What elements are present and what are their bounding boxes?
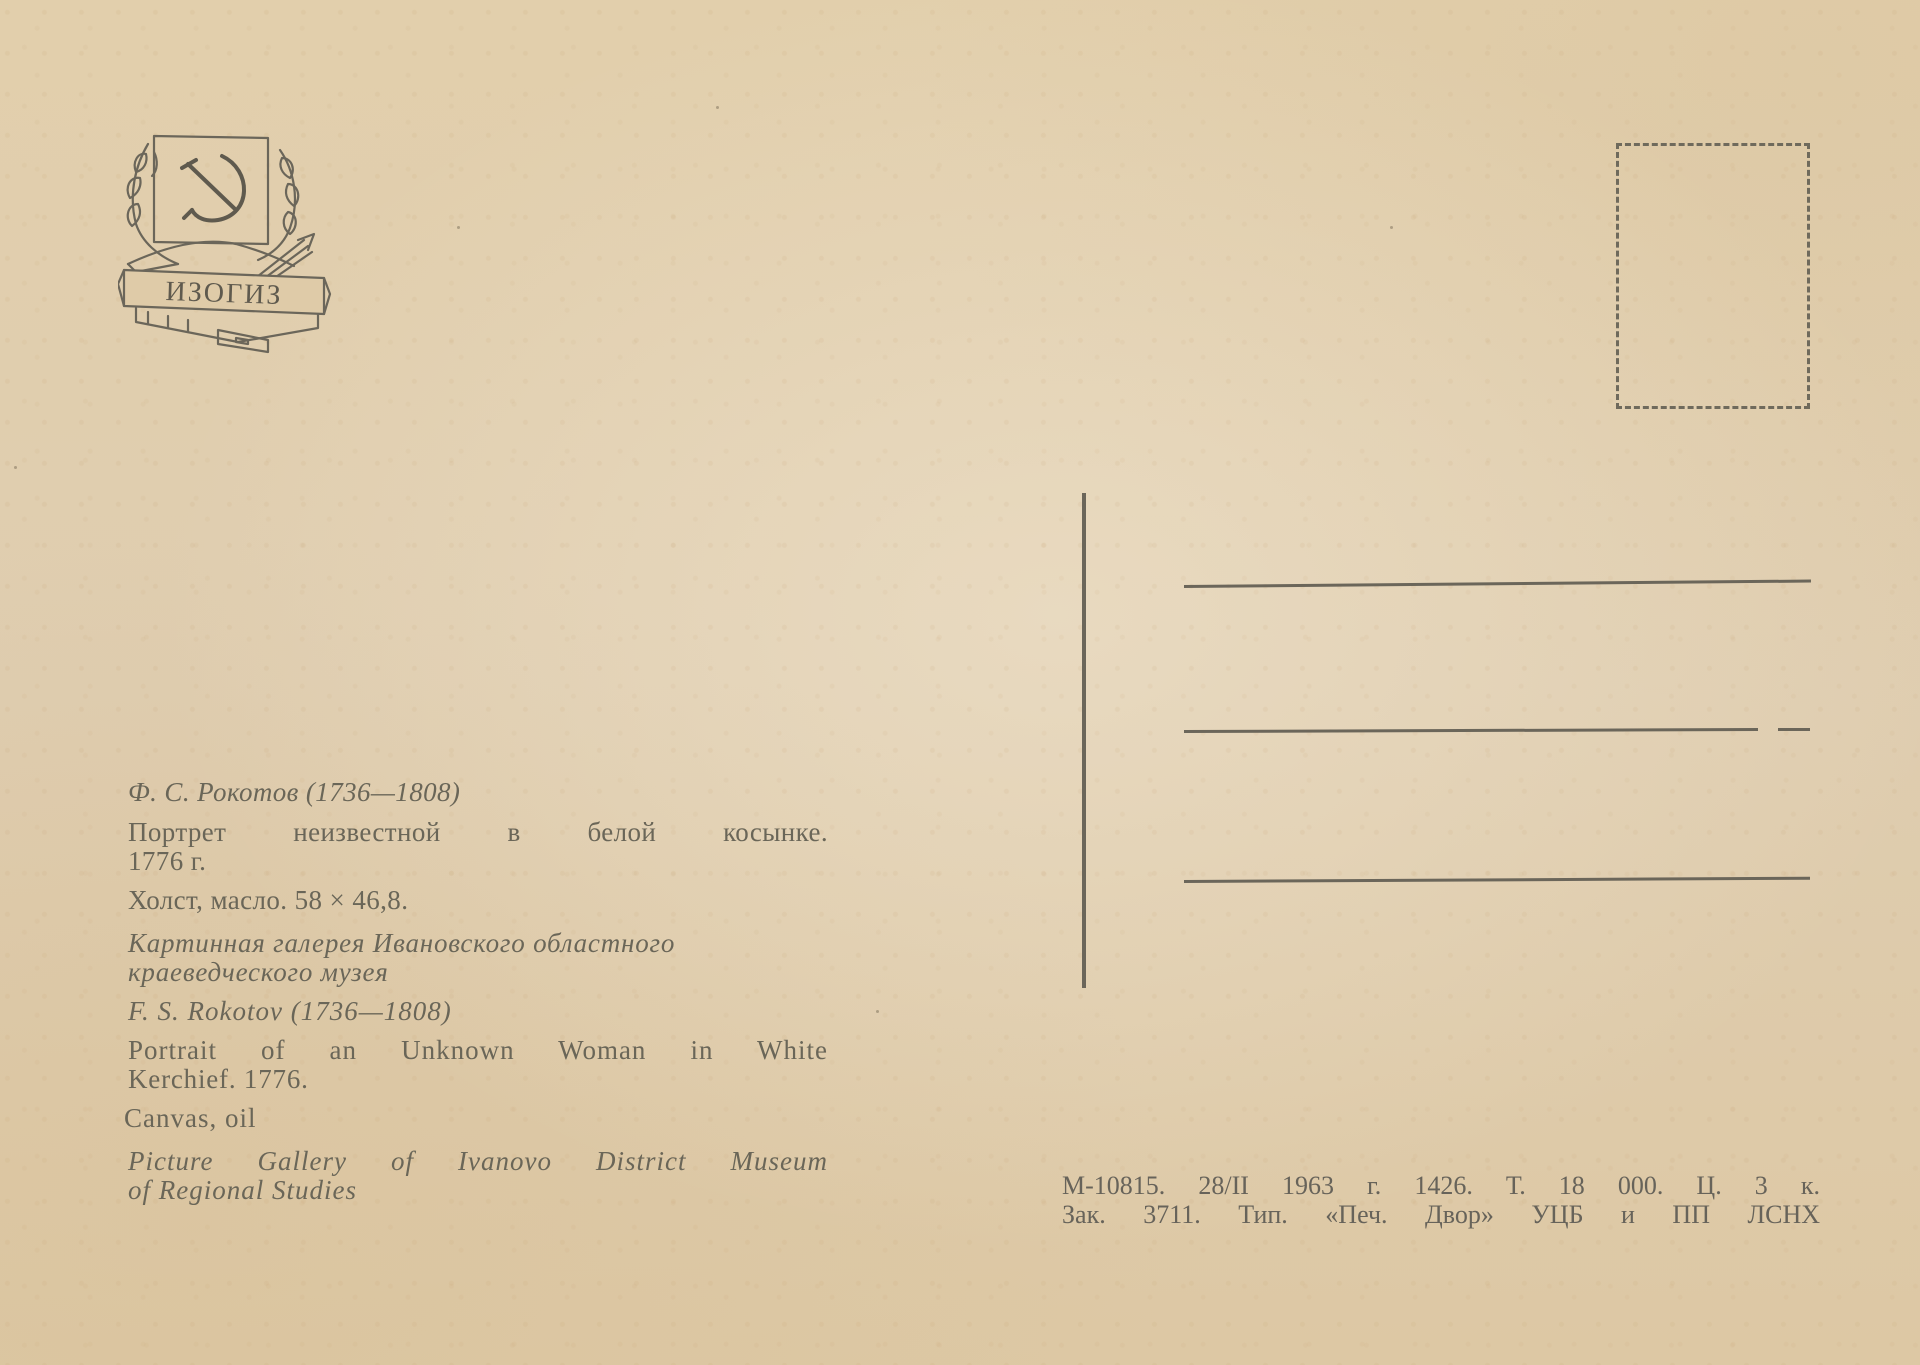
paper-speck <box>876 1010 879 1013</box>
hammer-sickle-emblem-icon: ИЗОГИЗ <box>118 124 332 356</box>
paper-speck <box>716 106 719 109</box>
imprint-line-2: Зак. 3711. Тип. «Печ. Двор» УЦБ и ПП ЛСН… <box>1062 1200 1820 1229</box>
logo-text: ИЗОГИЗ <box>165 276 283 311</box>
medium-ru: Холст, масло. 58 × 46,8. <box>128 886 828 915</box>
author-en: F. S. Rokotov (1736—1808) <box>128 997 828 1026</box>
medium-en: Canvas, oil <box>124 1104 828 1133</box>
museum-ru-line1: Картинная галерея Ивановского областного <box>128 929 828 958</box>
imprint-line-1: М-10815. 28/II 1963 г. 1426. Т. 18 000. … <box>1062 1171 1820 1200</box>
author-ru: Ф. С. Рокотов (1736—1808) <box>128 778 828 807</box>
title-en-line1: Portrait of an Unknown Woman in White <box>128 1036 828 1065</box>
address-line-2-tail <box>1778 728 1810 731</box>
izogiz-logo: ИЗОГИЗ <box>118 124 332 356</box>
title-ru-line2: 1776 г. <box>128 847 828 876</box>
title-ru-line1: Портрет неизвестной в белой косынке. <box>128 818 828 847</box>
printing-imprint: М-10815. 28/II 1963 г. 1426. Т. 18 000. … <box>1062 1171 1820 1229</box>
vertical-divider <box>1082 493 1086 988</box>
museum-en-line2: of Regional Studies <box>128 1176 828 1205</box>
stamp-placeholder-box <box>1616 143 1810 409</box>
paper-speck <box>457 226 460 229</box>
museum-ru-line2: краеведческого музея <box>128 958 828 987</box>
museum-en-line1: Picture Gallery of Ivanovo District Muse… <box>128 1147 828 1176</box>
artwork-caption: Ф. С. Рокотов (1736—1808) Портрет неизве… <box>128 778 828 1205</box>
title-en-line2: Kerchief. 1776. <box>128 1065 828 1094</box>
paper-speck <box>14 466 17 469</box>
paper-speck <box>1390 226 1393 229</box>
